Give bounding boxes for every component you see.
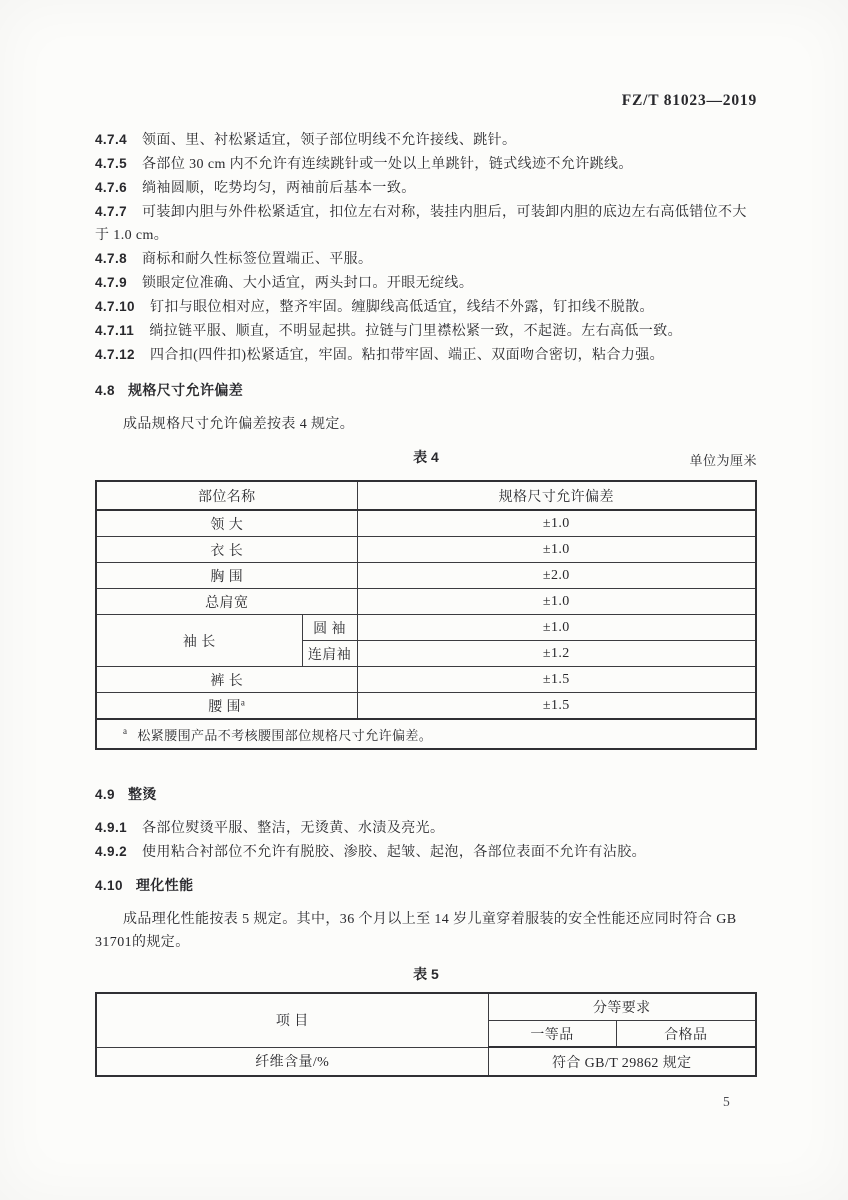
t4-header-tolerance: 规格尺寸允许偏差	[357, 481, 756, 510]
clause-text: 四合扣(四件扣)松紧适宜，牢固。粘扣带牢固、端正、双面吻合密切，粘合力强。	[150, 348, 664, 363]
section-4-9-heading: 4.9整烫	[95, 783, 757, 806]
clause-4-7-9: 4.7.9锁眼定位准确、大小适宜，两头封口。开眼无绽线。	[95, 271, 757, 295]
table-row: 领 大 ±1.0	[96, 510, 756, 537]
t4-cell-sleeve-type: 连肩袖	[302, 641, 357, 667]
clause-number: 4.9.2	[95, 844, 127, 859]
table-4-caption: 表 4	[413, 449, 439, 465]
clause-number: 4.7.10	[95, 299, 135, 314]
clause-number: 4.7.11	[95, 323, 134, 338]
t5-cell-value: 符合 GB/T 29862 规定	[488, 1047, 756, 1076]
clause-4-7-11: 4.7.11绱拉链平服、顺直，不明显起拱。拉链与门里襟松紧一致，不起涟。左右高低…	[95, 319, 757, 343]
t5-header-item: 项 目	[96, 993, 488, 1047]
clause-number: 4.7.12	[95, 347, 135, 362]
t5-cell-item: 纤维含量/%	[96, 1047, 488, 1076]
clause-text: 各部位熨烫平服、整洁，无烫黄、水渍及亮光。	[142, 821, 444, 836]
section-title: 理化性能	[136, 877, 194, 893]
clause-text: 绱拉链平服、顺直，不明显起拱。拉链与门里襟松紧一致，不起涟。左右高低一致。	[149, 324, 682, 339]
table-5-caption-row: 表 5	[95, 964, 757, 984]
clause-number: 4.7.5	[95, 156, 127, 171]
t4-cell-part: 裤 长	[96, 667, 357, 693]
section-number: 4.8	[95, 383, 115, 398]
clause-text: 锁眼定位准确、大小适宜，两头封口。开眼无绽线。	[142, 276, 473, 291]
table-row: 裤 长 ±1.5	[96, 667, 756, 693]
clause-4-7-7: 4.7.7可装卸内胆与外件松紧适宜，扣位左右对称，装挂内胆后，可装卸内胆的底边左…	[95, 200, 757, 247]
table-row: 袖 长 圆 袖 ±1.0	[96, 615, 756, 641]
clause-4-7-6: 4.7.6绱袖圆顺，吃势均匀，两袖前后基本一致。	[95, 176, 757, 200]
t4-cell-part: 胸 围	[96, 563, 357, 589]
footnote-text: 松紧腰围产品不考核腰围部位规格尺寸允许偏差。	[137, 728, 432, 743]
page-content: FZ/T 81023—2019 4.7.4领面、里、衬松紧适宜，领子部位明线不允…	[95, 0, 757, 1077]
t4-cell-part: 腰 围a	[96, 693, 357, 720]
section-number: 4.9	[95, 787, 115, 802]
table-4-unit-note: 单位为厘米	[689, 450, 757, 469]
t4-cell-part: 衣 长	[96, 537, 357, 563]
t4-cell-value: ±1.0	[357, 615, 756, 641]
document-page: FZ/T 81023—2019 4.7.4领面、里、衬松紧适宜，领子部位明线不允…	[0, 0, 848, 1200]
t4-cell-sleeve-type: 圆 袖	[302, 615, 357, 641]
section-title: 规格尺寸允许偏差	[128, 382, 243, 398]
table-5-header-row-1: 项 目 分等要求	[96, 993, 756, 1021]
table-4-header-row: 部位名称 规格尺寸允许偏差	[96, 481, 756, 510]
table-4-footnote-row: a松紧腰围产品不考核腰围部位规格尺寸允许偏差。	[96, 719, 756, 749]
t4-cell-part: 领 大	[96, 510, 357, 537]
clause-number: 4.9.1	[95, 820, 127, 835]
clause-text: 可装卸内胆与外件松紧适宜，扣位左右对称，装挂内胆后，可装卸内胆的底边左右高低错位…	[95, 205, 747, 243]
t4-cell-value: ±1.5	[357, 667, 756, 693]
t4-cell-value: ±1.0	[357, 510, 756, 537]
table-5: 项 目 分等要求 一等品 合格品 纤维含量/% 符合 GB/T 29862 规定	[95, 992, 757, 1077]
t4-cell-value: ±1.0	[357, 589, 756, 615]
table-row: 总肩宽 ±1.0	[96, 589, 756, 615]
table-row: 胸 围 ±2.0	[96, 563, 756, 589]
paragraph-4-8: 成品规格尺寸允许偏差按表 4 规定。	[95, 413, 757, 436]
clauses-4-7: 4.7.4领面、里、衬松紧适宜，领子部位明线不允许接线、跳针。 4.7.5各部位…	[95, 128, 757, 367]
clause-4-7-10: 4.7.10钉扣与眼位相对应，整齐牢固。缠脚线高低适宜，线结不外露，钉扣线不脱散…	[95, 295, 757, 319]
t4-cell-value: ±1.5	[357, 693, 756, 720]
t5-header-grade-group: 分等要求	[488, 993, 756, 1021]
section-4-10-heading: 4.10理化性能	[95, 874, 757, 897]
clause-number: 4.7.4	[95, 132, 127, 147]
clause-number: 4.7.8	[95, 251, 127, 266]
clause-4-7-5: 4.7.5各部位 30 cm 内不允许有连续跳针或一处以上单跳针，链式线迹不允许…	[95, 152, 757, 176]
table-row: 纤维含量/% 符合 GB/T 29862 规定	[96, 1047, 756, 1076]
table-4: 部位名称 规格尺寸允许偏差 领 大 ±1.0 衣 长 ±1.0 胸 围 ±2.0…	[95, 480, 757, 750]
footnote-marker: a	[241, 697, 245, 707]
section-title: 整烫	[128, 786, 157, 802]
table-4-caption-row: 表 4 单位为厘米	[95, 447, 757, 467]
clause-text: 领面、里、衬松紧适宜，领子部位明线不允许接线、跳针。	[142, 133, 516, 148]
t5-header-first-grade: 一等品	[488, 1021, 616, 1048]
t5-header-qualified: 合格品	[616, 1021, 756, 1048]
t4-cell-value: ±2.0	[357, 563, 756, 589]
standard-number: FZ/T 81023—2019	[622, 92, 757, 110]
t4-part-label: 腰 围	[208, 700, 241, 715]
t4-cell-value: ±1.0	[357, 537, 756, 563]
section-number: 4.10	[95, 878, 123, 893]
clause-text: 各部位 30 cm 内不允许有连续跳针或一处以上单跳针，链式线迹不允许跳线。	[142, 157, 633, 172]
clause-text: 商标和耐久性标签位置端正、平服。	[142, 252, 372, 267]
clause-text: 钉扣与眼位相对应，整齐牢固。缠脚线高低适宜，线结不外露，钉扣线不脱散。	[150, 300, 654, 315]
section-4-8-heading: 4.8规格尺寸允许偏差	[95, 379, 757, 402]
clause-number: 4.7.9	[95, 275, 127, 290]
t4-cell-sleeve-part: 袖 长	[96, 615, 302, 667]
clause-number: 4.7.6	[95, 180, 127, 195]
clause-text: 绱袖圆顺，吃势均匀，两袖前后基本一致。	[142, 181, 416, 196]
footnote-marker: a	[123, 726, 127, 736]
t4-footnote-cell: a松紧腰围产品不考核腰围部位规格尺寸允许偏差。	[96, 719, 756, 749]
clause-4-9-1: 4.9.1各部位熨烫平服、整洁，无烫黄、水渍及亮光。	[95, 816, 757, 840]
page-number: 5	[723, 1094, 730, 1110]
clause-4-7-12: 4.7.12四合扣(四件扣)松紧适宜，牢固。粘扣带牢固、端正、双面吻合密切，粘合…	[95, 343, 757, 367]
clauses-4-9: 4.9.1各部位熨烫平服、整洁，无烫黄、水渍及亮光。 4.9.2使用粘合衬部位不…	[95, 816, 757, 864]
table-row: 腰 围a ±1.5	[96, 693, 756, 720]
clause-4-7-4: 4.7.4领面、里、衬松紧适宜，领子部位明线不允许接线、跳针。	[95, 128, 757, 152]
table-row: 衣 长 ±1.0	[96, 537, 756, 563]
t4-cell-part: 总肩宽	[96, 589, 357, 615]
paragraph-4-10: 成品理化性能按表 5 规定。其中，36 个月以上至 14 岁儿童穿着服装的安全性…	[95, 908, 757, 954]
clause-text: 使用粘合衬部位不允许有脱胶、渗胶、起皱、起泡，各部位表面不允许有沾胶。	[142, 845, 646, 860]
t4-header-part: 部位名称	[96, 481, 357, 510]
table-5-caption: 表 5	[413, 966, 439, 982]
clause-number: 4.7.7	[95, 204, 127, 219]
t4-cell-value: ±1.2	[357, 641, 756, 667]
clause-4-9-2: 4.9.2使用粘合衬部位不允许有脱胶、渗胶、起皱、起泡，各部位表面不允许有沾胶。	[95, 840, 757, 864]
clause-4-7-8: 4.7.8商标和耐久性标签位置端正、平服。	[95, 247, 757, 271]
